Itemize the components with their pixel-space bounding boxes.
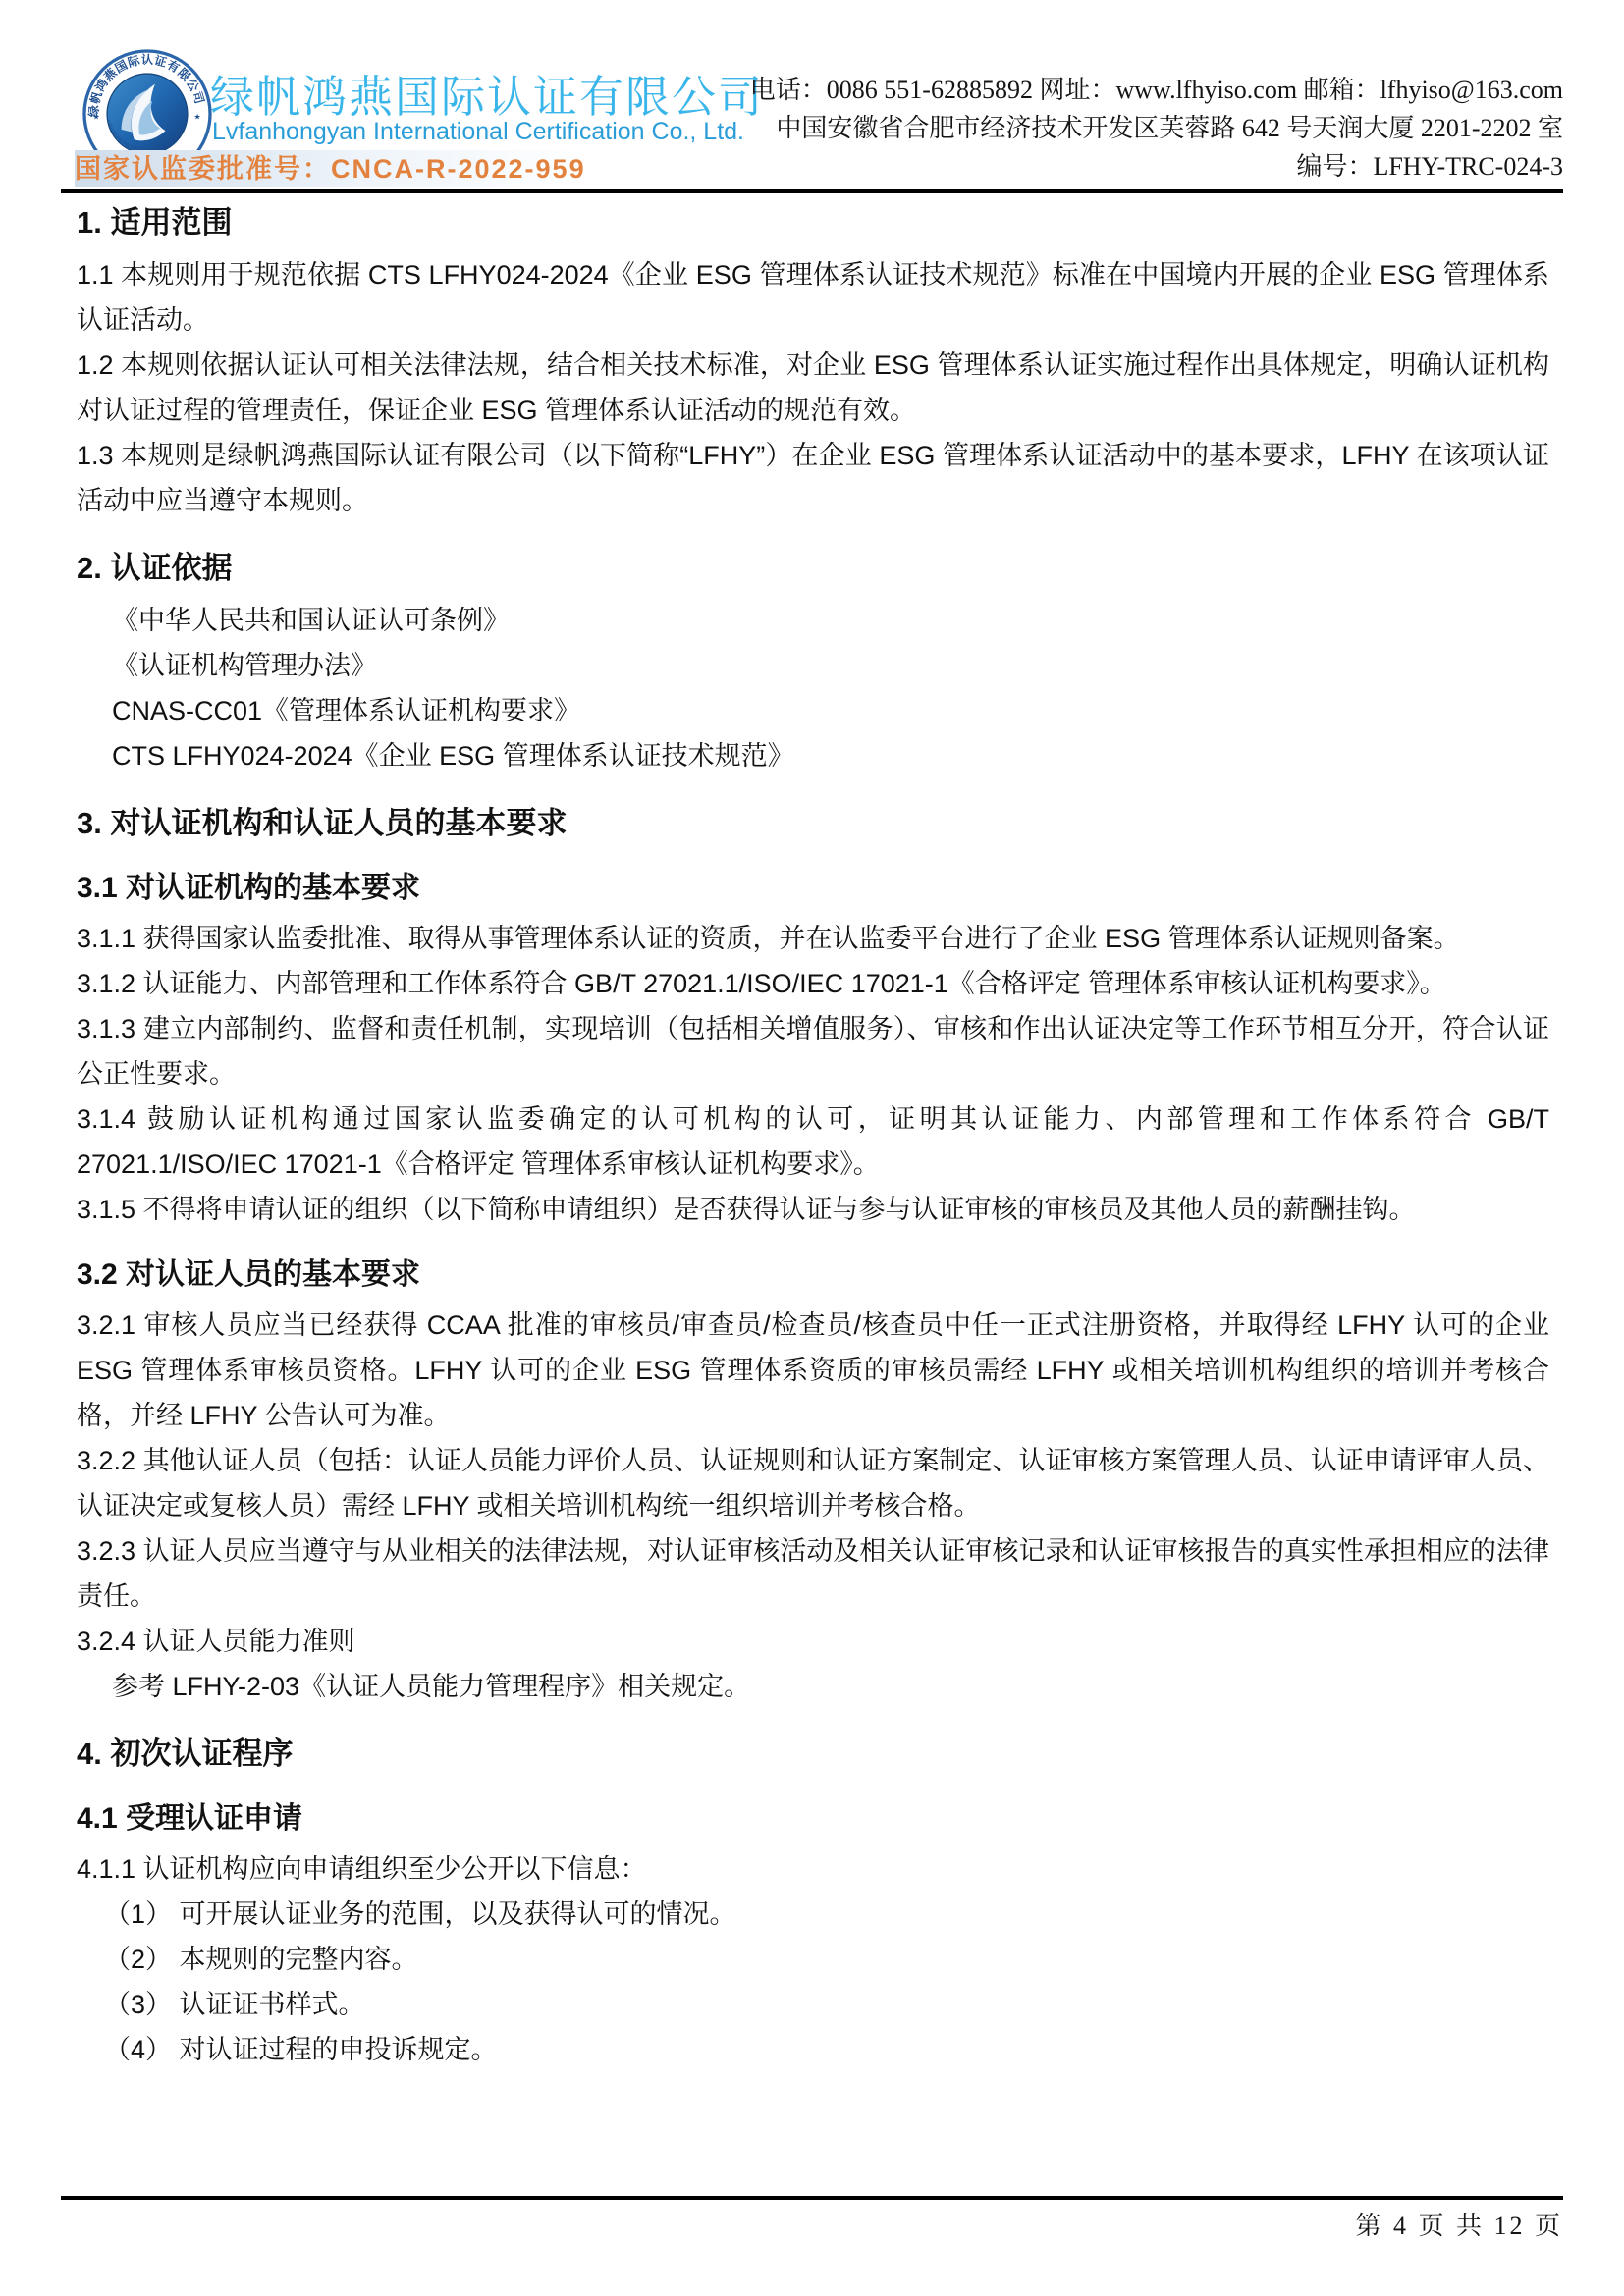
document-page: 绿帆鸿燕国际认证有限公司 LVFANHONGYAN INTERNATIONAL …: [0, 0, 1624, 2296]
paragraph: 3.2.3 认证人员应当遵守与从业相关的法律法规，对认证审核活动及相关认证审核记…: [77, 1528, 1549, 1619]
numbered-item: （1） 可开展认证业务的范围，以及获得认可的情况。: [77, 1892, 1549, 1937]
paragraph: 1.1 本规则用于规范依据 CTS LFHY024-2024《企业 ESG 管理…: [77, 252, 1549, 343]
contact-line-phone-web-mail: 电话：0086 551-62885892 网址：www.lfhyiso.com …: [601, 71, 1563, 109]
contact-line-address: 中国安徽省合肥市经济技术开发区芙蓉路 642 号天润大厦 2201-2202 室: [601, 109, 1563, 147]
svg-text:★: ★: [93, 112, 100, 121]
indented-line: CNAS-CC01《管理体系认证机构要求》: [77, 688, 1549, 733]
subsection-heading: 3.1 对认证机构的基本要求: [77, 867, 1549, 910]
page-number: 第 4 页 共 12 页: [1355, 2206, 1563, 2242]
paragraph: 4.1.1 认证机构应向申请组织至少公开以下信息：: [77, 1846, 1549, 1892]
indented-line: 《中华人民共和国认证认可条例》: [77, 598, 1549, 643]
document-number: 编号：LFHY-TRC-024-3: [601, 147, 1563, 186]
paragraph: 1.3 本规则是绿帆鸿燕国际认证有限公司（以下简称“LFHY”）在企业 ESG …: [77, 433, 1549, 523]
section-heading: 2. 认证依据: [77, 547, 1549, 590]
paragraph: 1.2 本规则依据认证认可相关法律法规，结合相关技术标准，对企业 ESG 管理体…: [77, 343, 1549, 433]
paragraph: 3.1.1 获得国家认监委批准、取得从事管理体系认证的资质，并在认监委平台进行了…: [77, 916, 1549, 961]
numbered-item: （4） 对认证过程的申投诉规定。: [77, 2027, 1549, 2072]
paragraph: 3.1.2 认证能力、内部管理和工作体系符合 GB/T 27021.1/ISO/…: [77, 961, 1549, 1006]
indented-line: 参考 LFHY-2-03《认证人员能力管理程序》相关规定。: [77, 1664, 1549, 1709]
subsection-heading: 4.1 受理认证申请: [77, 1797, 1549, 1841]
document-body: 1. 适用范围1.1 本规则用于规范依据 CTS LFHY024-2024《企业…: [77, 195, 1549, 2072]
footer-divider: [61, 2196, 1563, 2200]
svg-text:★: ★: [194, 112, 201, 121]
paragraph: 3.2.2 其他认证人员（包括：认证人员能力评价人员、认证规则和认证方案制定、认…: [77, 1438, 1549, 1528]
section-heading: 4. 初次认证程序: [77, 1733, 1549, 1776]
section-heading: 3. 对认证机构和认证人员的基本要求: [77, 802, 1549, 845]
contact-block: 电话：0086 551-62885892 网址：www.lfhyiso.com …: [601, 71, 1563, 186]
subsection-heading: 3.2 对认证人员的基本要求: [77, 1254, 1549, 1297]
paragraph: 3.2.4 认证人员能力准则: [77, 1619, 1549, 1664]
section-heading: 1. 适用范围: [77, 201, 1549, 244]
document-header: 绿帆鸿燕国际认证有限公司 LVFANHONGYAN INTERNATIONAL …: [0, 0, 1624, 192]
header-divider: [61, 189, 1563, 193]
paragraph: 3.1.3 建立内部制约、监督和责任机制，实现培训（包括相关增值服务）、审核和作…: [77, 1006, 1549, 1096]
paragraph: 3.1.4 鼓励认证机构通过国家认监委确定的认可机构的认可，证明其认证能力、内部…: [77, 1096, 1549, 1187]
numbered-item: （3） 认证证书样式。: [77, 1982, 1549, 2027]
indented-line: CTS LFHY024-2024《企业 ESG 管理体系认证技术规范》: [77, 733, 1549, 778]
paragraph: 3.1.5 不得将申请认证的组织（以下简称申请组织）是否获得认证与参与认证审核的…: [77, 1187, 1549, 1232]
indented-line: 《认证机构管理办法》: [77, 643, 1549, 688]
paragraph: 3.2.1 审核人员应当已经获得 CCAA 批准的审核员/审查员/检查员/核查员…: [77, 1303, 1549, 1438]
cnca-approval-number: 国家认监委批准号：CNCA-R-2022-959: [75, 150, 595, 187]
numbered-item: （2） 本规则的完整内容。: [77, 1937, 1549, 1982]
